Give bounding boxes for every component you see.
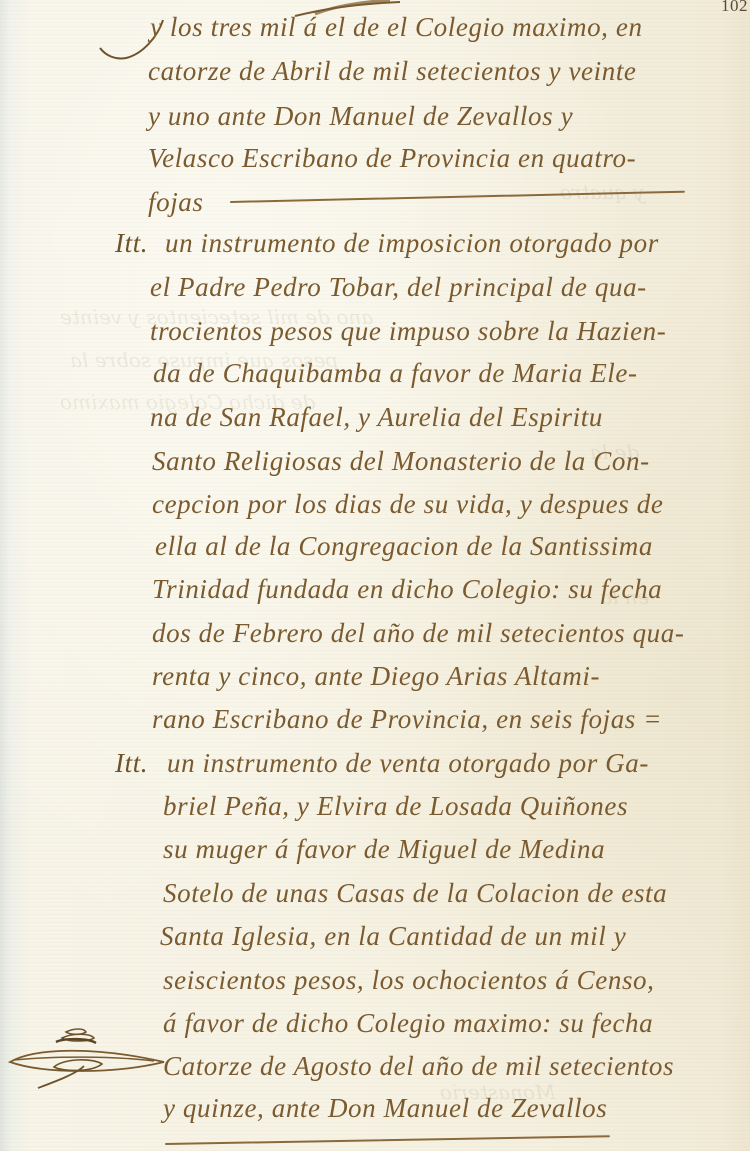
manuscript-line: na de San Rafael, y Aurelia del Espiritu [150,404,603,431]
manuscript-line: da de Chaquibamba a favor de Maria Ele- [153,360,638,387]
closing-rule [165,1135,610,1144]
manuscript-line: renta y cinco, ante Diego Arias Altami- [152,663,600,690]
manuscript-line: Santa Iglesia, en la Cantidad de un mil … [160,923,626,950]
manuscript-line: trocientos pesos que impuso sobre la Haz… [150,318,666,345]
manuscript-line: un instrumento de imposicion otorgado po… [165,230,659,257]
manuscript-line: briel Peña, y Elvira de Losada Quiñones [163,793,628,820]
manuscript-line: Velasco Escribano de Provincia en quatro… [148,145,636,172]
manuscript-line: Trinidad fundada en dicho Colegio: su fe… [152,576,662,603]
line-filler-rule [230,191,685,203]
manuscript-line: ella al de la Congregacion de la Santiss… [155,533,653,560]
manuscript-line: catorze de Abril de mil setecientos y ve… [148,58,637,85]
manuscript-line: y los tres mil á el de el Colegio maximo… [150,14,643,41]
manuscript-line: y uno ante Don Manuel de Zevallos y [148,103,573,130]
manuscript-line: el Padre Pedro Tobar, del principal de q… [150,274,647,301]
manuscript-line: cepcion por los dias de su vida, y despu… [152,491,663,518]
manuscript-line: rano Escribano de Provincia, en seis foj… [152,706,662,733]
manuscript-line: su muger á favor de Miguel de Medina [163,836,605,863]
manuscript-line: Santo Religiosas del Monasterio de la Co… [152,448,650,475]
manuscript-line: á favor de dicho Colegio maximo: su fech… [163,1010,653,1037]
manuscript-line: y quinze, ante Don Manuel de Zevallos [163,1095,607,1122]
manuscript-line: un instrumento de venta otorgado por Ga- [167,750,649,777]
folio-number: 102 [721,0,748,16]
manuscript-line: Catorze de Agosto del año de mil setecie… [163,1053,674,1080]
manuscript-line: fojas [148,189,204,216]
paraph-rubric-mark [4,1022,174,1092]
manuscript-line: dos de Febrero del año de mil seteciento… [152,620,684,647]
item-marker: Itt. [115,230,148,257]
manuscript-page: ano de mil setecientos y veinte pesos qu… [0,0,750,1151]
item-marker: Itt. [115,750,148,777]
manuscript-line: Sotelo de unas Casas de la Colacion de e… [163,880,667,907]
manuscript-line: seiscientos pesos, los ochocientos á Cen… [163,967,655,994]
